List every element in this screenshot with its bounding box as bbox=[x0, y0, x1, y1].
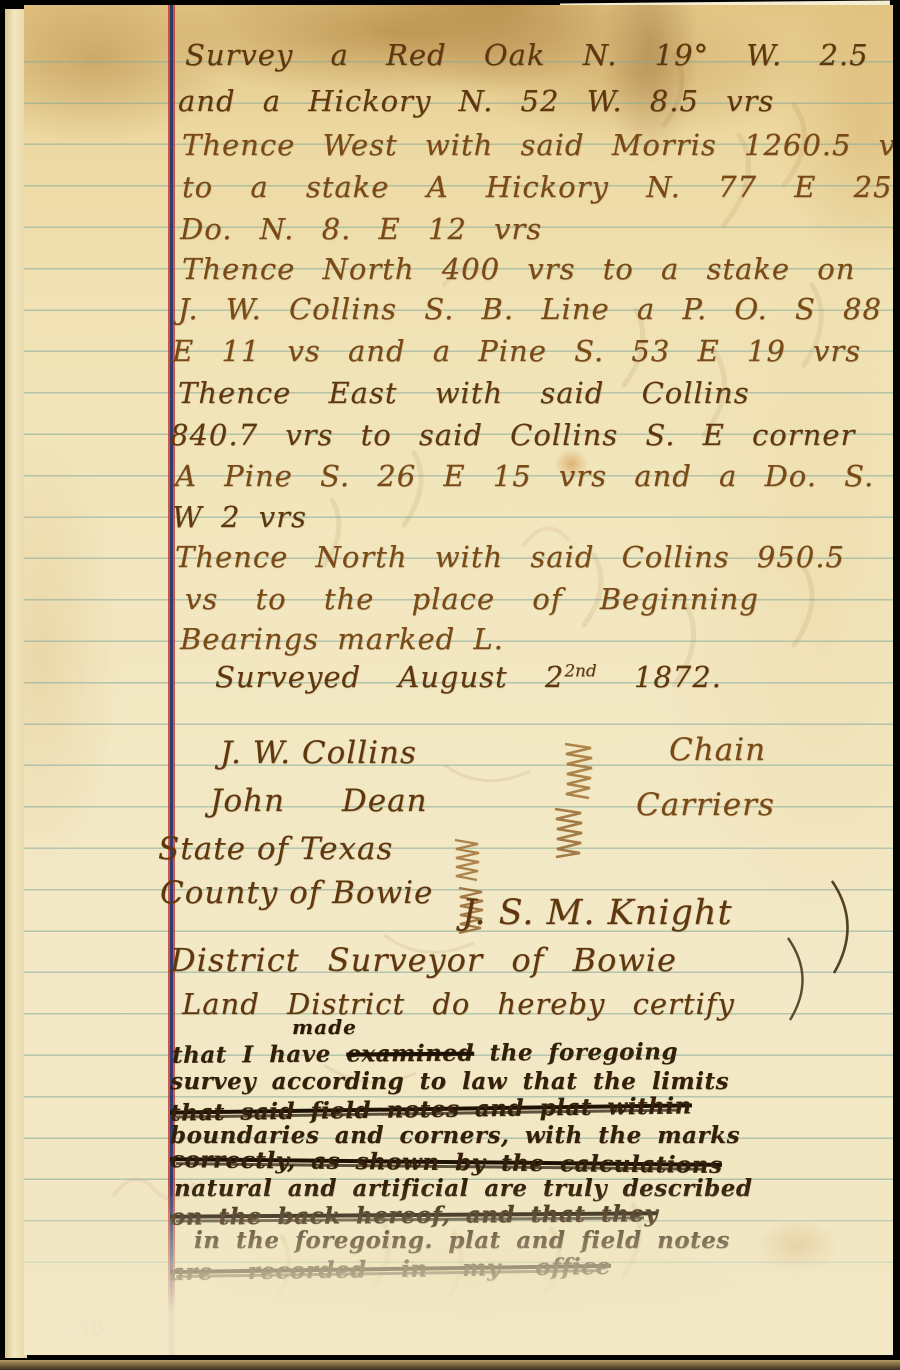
date-prefix: Surveyed August 2 bbox=[215, 660, 564, 694]
signature-role-carriers: Carriers bbox=[636, 787, 775, 823]
survey-line-2: and a Hickory N. 52 W. 8.5 vrs bbox=[178, 84, 774, 118]
county-heading: County of Bowie bbox=[160, 875, 433, 911]
certificate-line-4: boundaries and corners, with the marks bbox=[170, 1122, 740, 1149]
ink-squiggle bbox=[562, 740, 596, 802]
survey-line-3: Thence West with said Morris 1260.5 vrs bbox=[182, 128, 893, 162]
signature-name-dean: John Dean bbox=[210, 783, 428, 819]
survey-line-9: Thence East with said Collins bbox=[178, 376, 750, 410]
survey-line-14: vs to the place of Beginning bbox=[185, 582, 759, 616]
survey-line-5: Do. N. 8. E 12 vrs bbox=[180, 212, 542, 246]
survey-line-1: Survey a Red Oak N. 19° W. 2.5 vrs bbox=[185, 38, 893, 72]
ledger-page: Survey a Red Oak N. 19° W. 2.5 vrs and a… bbox=[24, 5, 893, 1355]
inserted-word-made: made bbox=[292, 1015, 357, 1039]
flourish-paren bbox=[824, 877, 864, 977]
survey-line-7: J. W. Collins S. B. Line a P. O. S 88 bbox=[178, 292, 882, 326]
certificate-line-2: survey according to law that the limits bbox=[170, 1068, 729, 1095]
signature-name-collins: J. W. Collins bbox=[220, 735, 417, 771]
survey-line-8: E 11 vs and a Pine S. 53 E 19 vrs bbox=[172, 334, 861, 368]
struck-word-examined: examined bbox=[346, 1040, 474, 1068]
signature-role-chain: Chain bbox=[669, 732, 766, 768]
ink-squiggle bbox=[552, 805, 586, 863]
ink-squiggle bbox=[452, 837, 482, 887]
ruled-lines-fade bbox=[24, 1185, 893, 1355]
survey-line-4: to a stake A Hickory N. 77 E 25 vrs bbox=[182, 170, 893, 204]
survey-line-6: Thence North 400 vrs to a stake on bbox=[182, 252, 855, 286]
survey-line-15: Bearings marked L. bbox=[180, 622, 504, 656]
flourish-paren bbox=[780, 935, 820, 1025]
survey-line-10: 840.7 vrs to said Collins S. E corner bbox=[170, 418, 855, 452]
survey-line-11: A Pine S. 26 E 15 vrs and a Do. S. 70 bbox=[175, 459, 893, 493]
surveyed-date-line: Surveyed August 22nd 1872. bbox=[215, 660, 722, 694]
surveyor-signature: J. S. M. Knight bbox=[462, 893, 733, 933]
page-bottom-edge bbox=[0, 1360, 900, 1370]
cert-intro-before: that I have bbox=[172, 1041, 346, 1069]
surveyor-title: District Surveyor of Bowie bbox=[170, 941, 677, 979]
survey-line-12: W 2 vrs bbox=[172, 500, 307, 534]
date-superscript: 2nd bbox=[564, 660, 596, 680]
state-heading: State of Texas bbox=[158, 831, 393, 867]
certificate-line-5-struck: correctly, as shown by the calculations bbox=[170, 1146, 723, 1179]
certificate-line-1: that I have examined the foregoing bbox=[172, 1038, 678, 1069]
survey-line-13: Thence North with said Collins 950.5 bbox=[175, 540, 845, 574]
certificate-opening: Land District do hereby certify bbox=[182, 987, 735, 1021]
photo-frame: Survey a Red Oak N. 19° W. 2.5 vrs and a… bbox=[0, 0, 900, 1370]
cert-intro-after: the foregoing bbox=[474, 1038, 678, 1066]
date-suffix: 1872. bbox=[597, 660, 722, 694]
